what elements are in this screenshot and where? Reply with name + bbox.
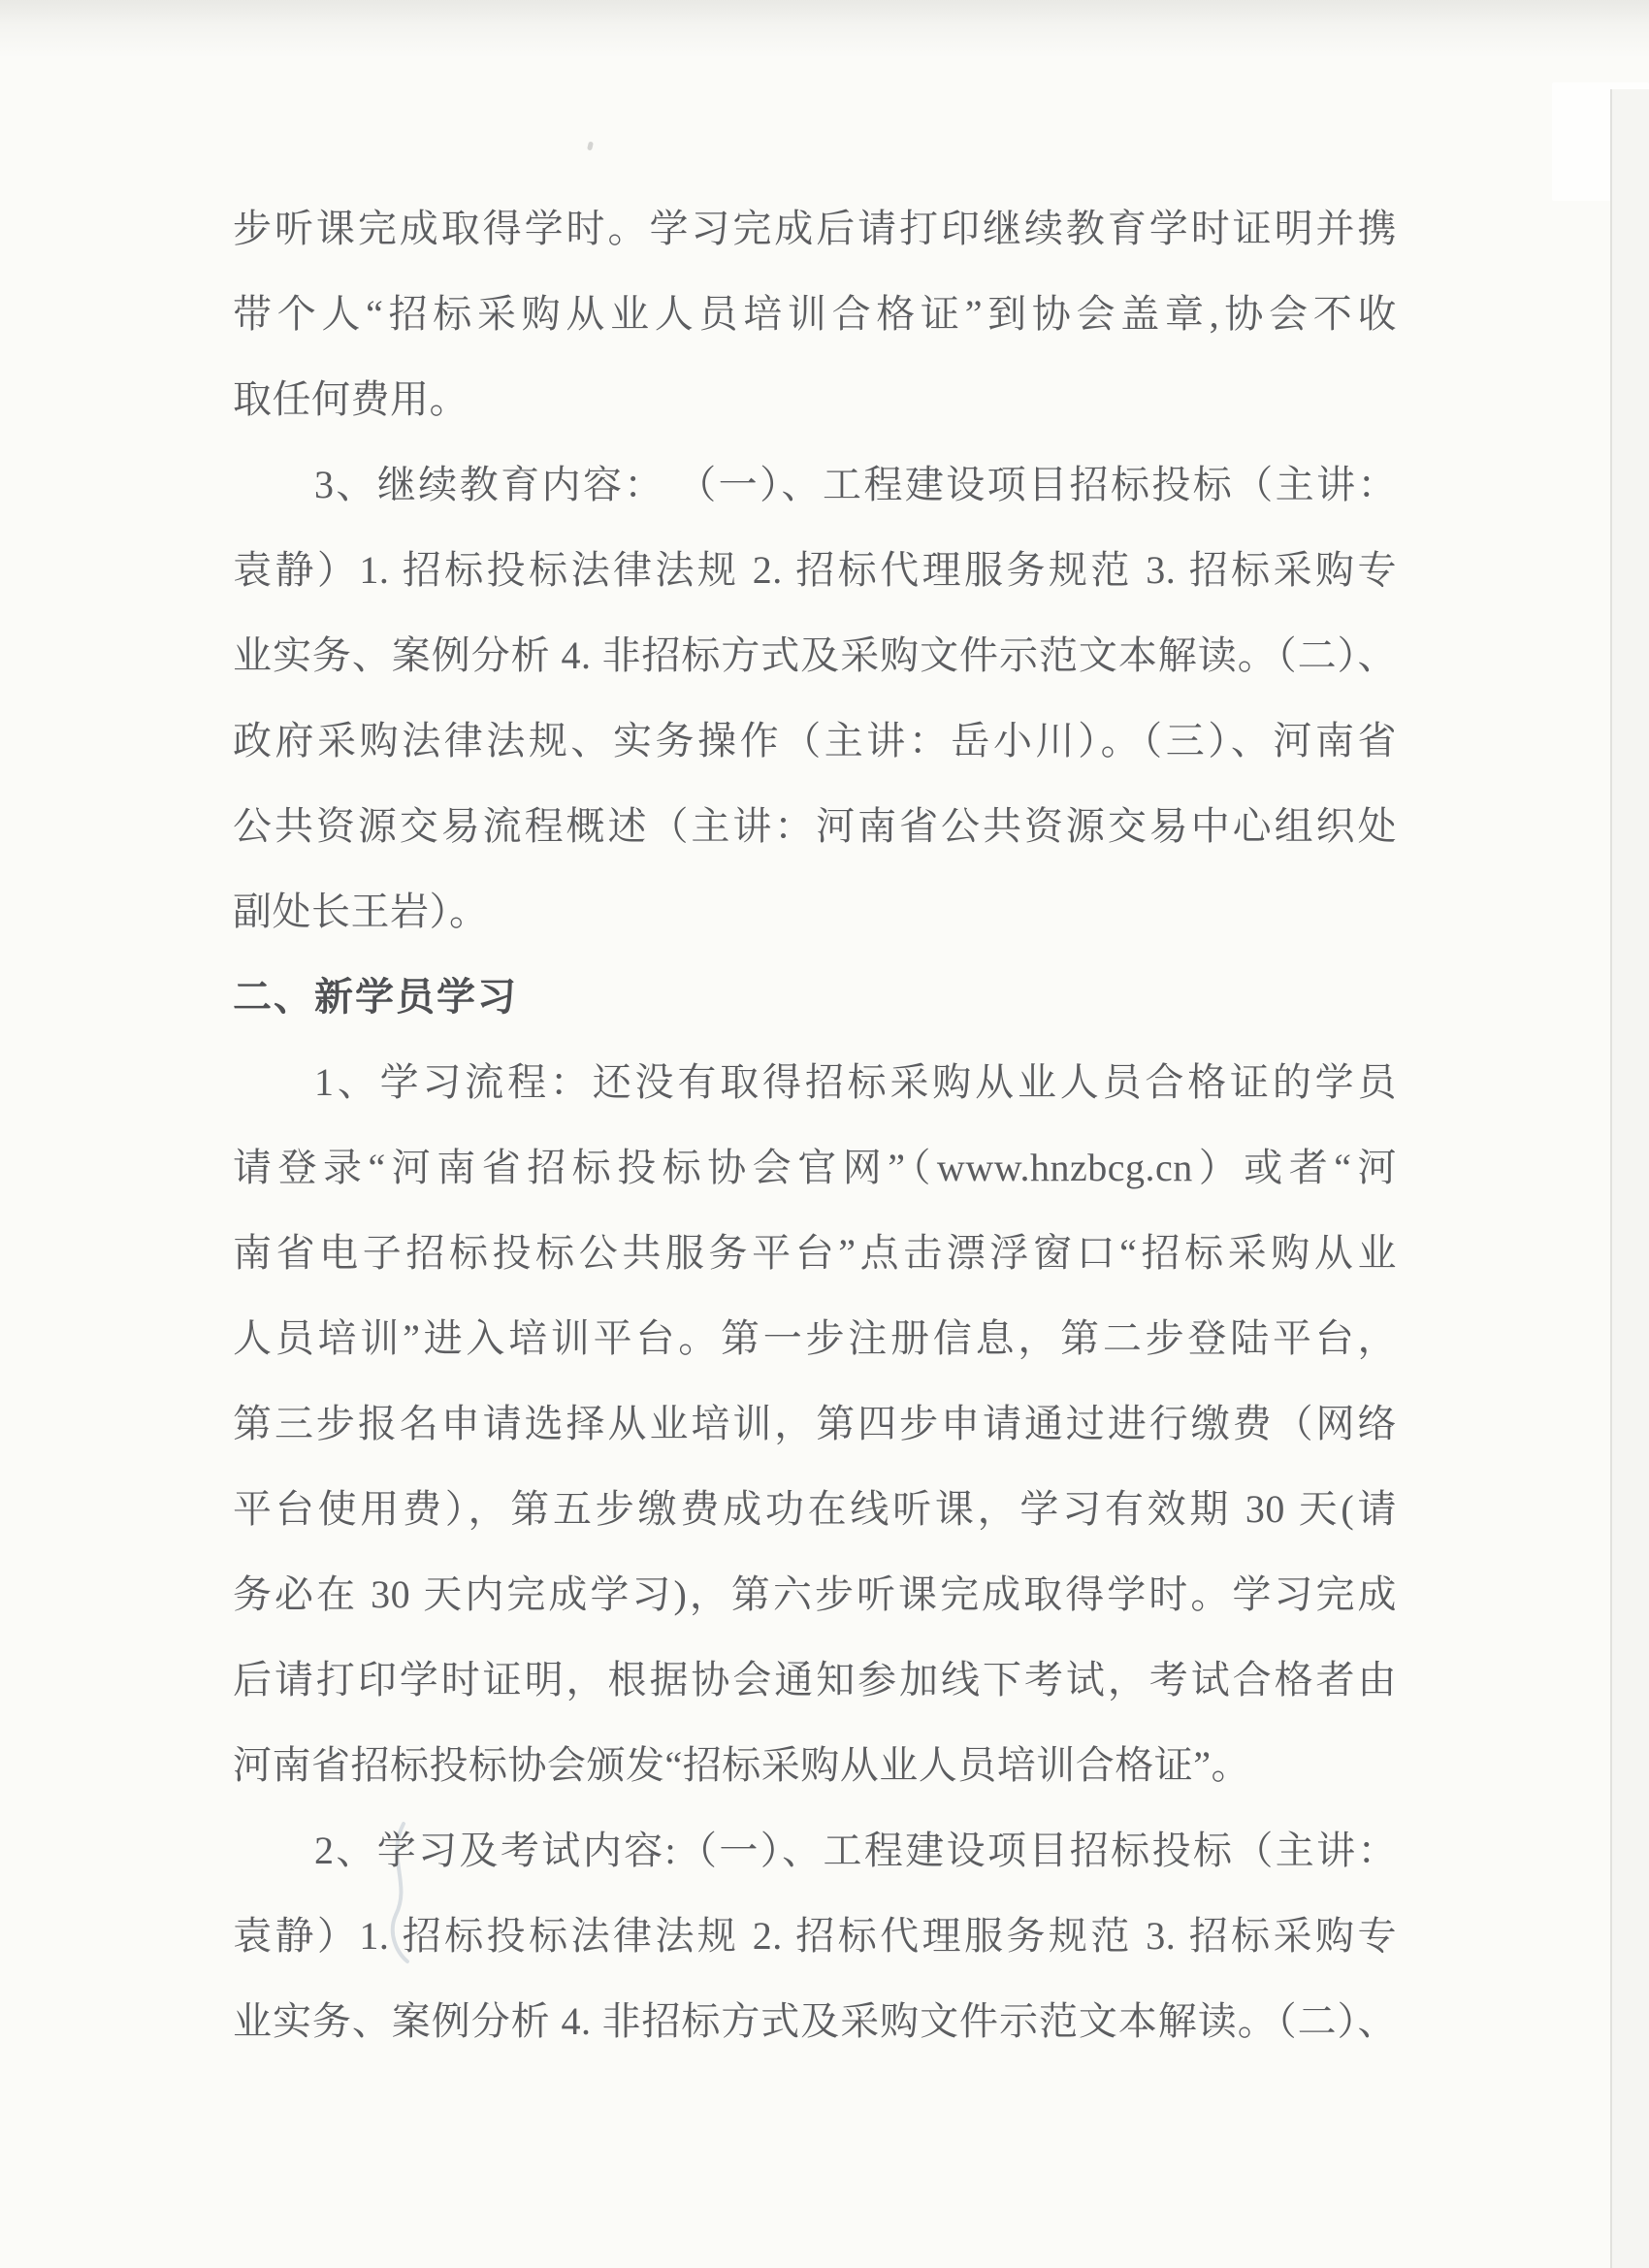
- text-line: 带个人“招标采购从业人员培训合格证”到协会盖章,协会不收: [233, 272, 1397, 357]
- text-line: 第三步报名申请选择从业培训，第四步申请通过进行缴费（网络: [233, 1381, 1397, 1467]
- text-block: 步听课完成取得学时。学习完成后请打印继续教育学时证明并携带个人“招标采购从业人员…: [233, 186, 1397, 2064]
- text-line: 后请打印学时证明，根据协会通知参加线下考试，考试合格者由: [233, 1637, 1397, 1723]
- text-line: 1、学习流程：还没有取得招标采购从业人员合格证的学员: [233, 1040, 1397, 1125]
- scan-edge-strip: [1612, 89, 1649, 2268]
- text-line: 平台使用费），第五步缴费成功在线听课，学习有效期 30 天(请: [233, 1467, 1397, 1552]
- text-line: 取任何费用。: [233, 357, 1397, 442]
- text-line: 3、继续教育内容： （一）、工程建设项目招标投标（主讲：: [233, 442, 1397, 528]
- text-line: 2、学习及考试内容:（一）、工程建设项目招标投标（主讲：: [233, 1808, 1397, 1894]
- document-page: 步听课完成取得学时。学习完成后请打印继续教育学时证明并携带个人“招标采购从业人员…: [0, 0, 1649, 2268]
- text-line: 袁静）1. 招标投标法律法规 2. 招标代理服务规范 3. 招标采购专: [233, 528, 1397, 613]
- text-line: 业实务、案例分析 4. 非招标方式及采购文件示范文本解读。（二）、: [233, 1979, 1397, 2064]
- scan-top-shade: [0, 0, 1649, 58]
- text-line: 务必在 30 天内完成学习)，第六步听课完成取得学时。学习完成: [233, 1552, 1397, 1637]
- text-line: 人员培训”进入培训平台。第一步注册信息，第二步登陆平台，: [233, 1296, 1397, 1381]
- text-line: 河南省招标投标协会颁发“招标采购从业人员培训合格证”。: [233, 1723, 1397, 1808]
- text-line: 业实务、案例分析 4. 非招标方式及采购文件示范文本解读。（二）、: [233, 613, 1397, 698]
- text-line: 南省电子招标投标公共服务平台”点击漂浮窗口“招标采购从业: [233, 1211, 1397, 1296]
- scan-edge-line: [1610, 89, 1612, 2268]
- section-heading: 二、新学员学习: [233, 955, 1397, 1040]
- text-line: 袁静）1. 招标投标法律法规 2. 招标代理服务规范 3. 招标采购专: [233, 1894, 1397, 1979]
- text-line: 公共资源交易流程概述（主讲：河南省公共资源交易中心组织处: [233, 784, 1397, 869]
- text-line: 请登录“河南省招标投标协会官网”（www.hnzbcg.cn）或者“河: [233, 1125, 1397, 1211]
- scan-speck: [587, 142, 594, 151]
- text-line: 政府采购法律法规、实务操作（主讲：岳小川）。（三）、河南省: [233, 698, 1397, 784]
- text-line: 副处长王岩）。: [233, 869, 1397, 955]
- text-line: 步听课完成取得学时。学习完成后请打印继续教育学时证明并携: [233, 186, 1397, 272]
